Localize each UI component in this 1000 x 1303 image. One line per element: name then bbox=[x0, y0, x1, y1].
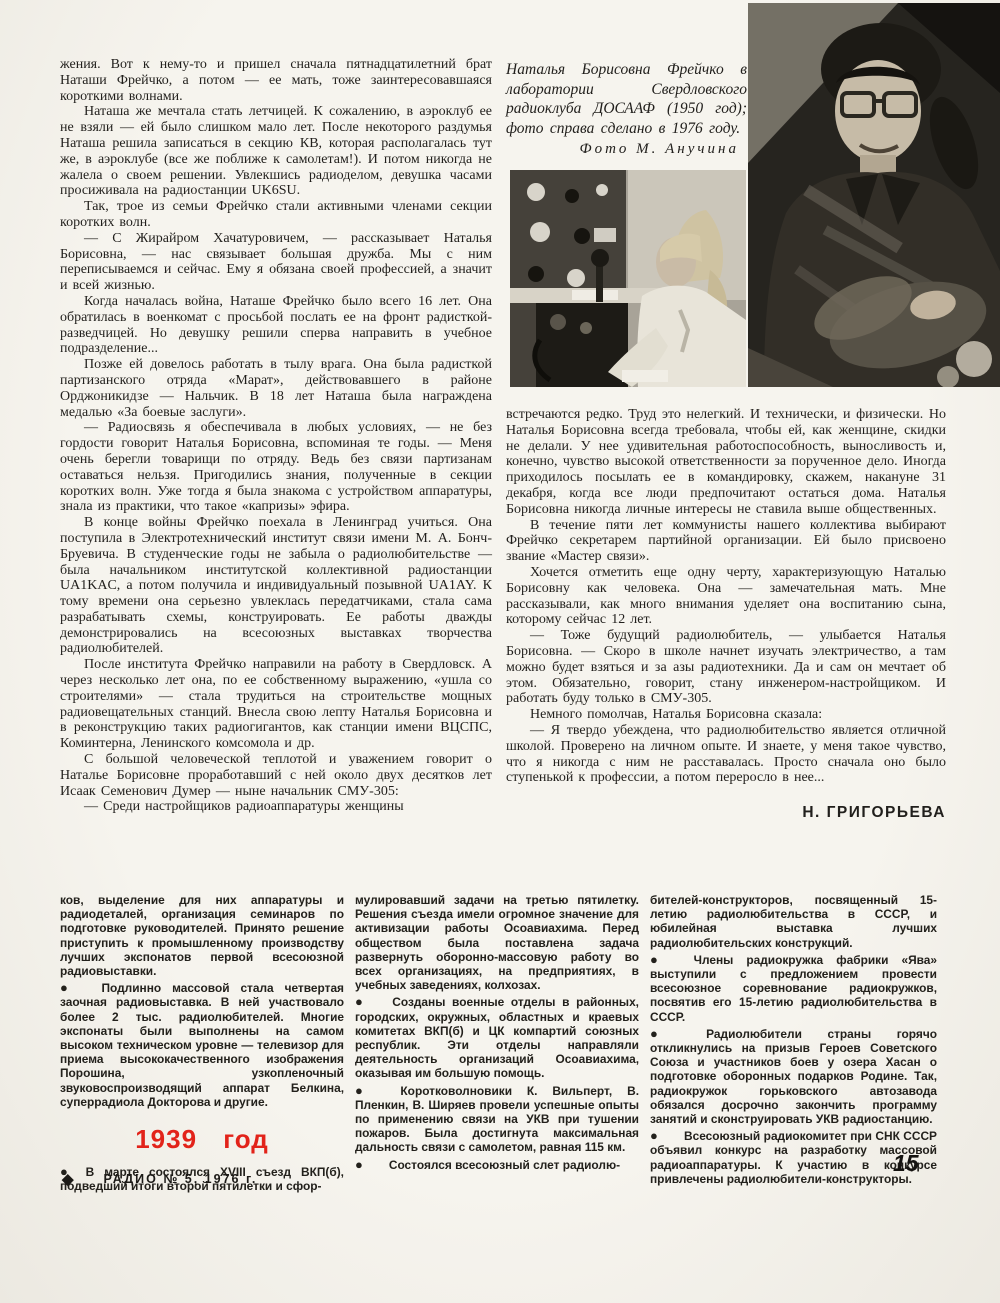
chronicle-item: бителей-конструкторов, посвященный 15-ле… bbox=[650, 893, 937, 950]
chronicle-item: ●Радиолюбители страны горячо откликнулис… bbox=[650, 1027, 937, 1126]
chronicle-text: Члены радиокружка фабрики «Ява» выступил… bbox=[650, 953, 937, 1024]
footer-journal-line: ◆ РАДИО № 5, 1976 г. bbox=[62, 1170, 257, 1188]
paragraph: — Среди настройщиков радиоаппаратуры жен… bbox=[60, 799, 492, 815]
page-number: 15 bbox=[893, 1150, 919, 1177]
bullet-icon: ● bbox=[650, 952, 668, 967]
paragraph: встречаются редко. Труд это нелегкий. И … bbox=[506, 407, 946, 518]
paragraph: Наташа же мечтала стать летчицей. К сожа… bbox=[60, 104, 492, 199]
paragraph: С большой человеческой теплотой и уважен… bbox=[60, 752, 492, 799]
chronicle-item: ●Коротковолновики К. Вильперт, В. Пленки… bbox=[355, 1084, 639, 1155]
paragraph: В течение пяти лет коммунисты нашего кол… bbox=[506, 518, 946, 565]
chronicle-item: ●Члены радиокружка фабрики «Ява» выступи… bbox=[650, 953, 937, 1024]
article-right-column: встречаются редко. Труд это нелегкий. И … bbox=[506, 407, 946, 822]
paragraph: В конце войны Фрейчко поехала в Ленингра… bbox=[60, 515, 492, 657]
chronicle-item: ●Подлинно массовой стала четвертая заочн… bbox=[60, 981, 344, 1109]
photo-freychko-1950 bbox=[510, 170, 746, 387]
paragraph: Так, трое из семьи Фрейчко стали активны… bbox=[60, 199, 492, 231]
article-left-column: жения. Вот к нему-то и пришел сначала пя… bbox=[60, 57, 492, 815]
chronicle-item: ●Созданы военные отделы в районных, горо… bbox=[355, 995, 639, 1080]
bullet-icon: ● bbox=[650, 1026, 680, 1041]
chronicle-item: ков, выделение для них аппаратуры и ради… bbox=[60, 893, 344, 978]
chronicle-text: Подлинно массовой стала четвертая заочна… bbox=[60, 981, 344, 1109]
journal-issue-label: РАДИО № 5, 1976 г. bbox=[104, 1172, 258, 1186]
chronicle-column-3: бителей-конструкторов, посвященный 15-ле… bbox=[650, 893, 937, 1189]
diamond-icon: ◆ bbox=[62, 1170, 74, 1188]
paragraph: — Я твердо убеждена, что радиолюбительст… bbox=[506, 723, 946, 786]
photo-freychko-1976 bbox=[748, 3, 1000, 387]
paragraph: После института Фрейчко направили на раб… bbox=[60, 657, 492, 752]
paragraph: Позже ей довелось работать в тылу врага.… bbox=[60, 357, 492, 420]
bullet-icon: ● bbox=[355, 994, 366, 1009]
bullet-icon: ● bbox=[60, 980, 75, 995]
paragraph: — Радиосвязь я обеспечивала в любых усло… bbox=[60, 420, 492, 515]
chronicle-column-2: мулировавший задачи на третью пятилетку.… bbox=[355, 893, 639, 1175]
bullet-icon: ● bbox=[650, 1128, 658, 1143]
chronicle-text: ков, выделение для них аппаратуры и ради… bbox=[60, 893, 344, 978]
chronicle-text: Состоялся всесоюзный слет радиолю- bbox=[389, 1158, 620, 1172]
paragraph: — С Жирайром Хачатуровичем, — рассказыва… bbox=[60, 231, 492, 294]
caption-text: Наталья Борисовна Фрейчко в лаборатории … bbox=[506, 60, 747, 138]
chronicle-text: Коротковолновики К. Вильперт, В. Пленкин… bbox=[355, 1084, 639, 1155]
author-byline: Н. ГРИГОРЬЕВА bbox=[506, 804, 946, 822]
paragraph: — Тоже будущий радиолюбитель, — улыбаетс… bbox=[506, 628, 946, 707]
portrait-photo-illustration bbox=[748, 3, 1000, 387]
magazine-page: жения. Вот к нему-то и пришел сначала пя… bbox=[0, 0, 1000, 1303]
caption-credit: Фото М. Анучина bbox=[506, 141, 739, 158]
chronicle-item: ●Состоялся всесоюзный слет радиолю- bbox=[355, 1158, 639, 1172]
chronicle-column-1: ков, выделение для них аппаратуры и ради… bbox=[60, 893, 344, 1196]
paragraph: Немного помолчав, Наталья Борисовна сказ… bbox=[506, 707, 946, 723]
chronicle-text: Созданы военные отделы в районных, город… bbox=[355, 995, 639, 1080]
year-heading: 1939 год bbox=[60, 1125, 344, 1153]
paragraph: жения. Вот к нему-то и пришел сначала пя… bbox=[60, 57, 492, 104]
lab-photo-illustration bbox=[510, 170, 746, 387]
chronicle-text: Радиолюбители страны горячо откликнулись… bbox=[650, 1027, 937, 1126]
bullet-icon: ● bbox=[355, 1157, 363, 1172]
paragraph: Хочется отметить еще одну черту, характе… bbox=[506, 565, 946, 628]
chronicle-item: мулировавший задачи на третью пятилетку.… bbox=[355, 893, 639, 992]
paragraph: Когда началась война, Наташе Фрейчко был… bbox=[60, 294, 492, 357]
chronicle-text: бителей-конструкторов, посвященный 15-ле… bbox=[650, 893, 937, 950]
chronicle-text: мулировавший задачи на третью пятилетку.… bbox=[355, 893, 639, 992]
photo-caption: Наталья Борисовна Фрейчко в лаборатории … bbox=[506, 60, 747, 158]
bullet-icon: ● bbox=[355, 1083, 374, 1098]
